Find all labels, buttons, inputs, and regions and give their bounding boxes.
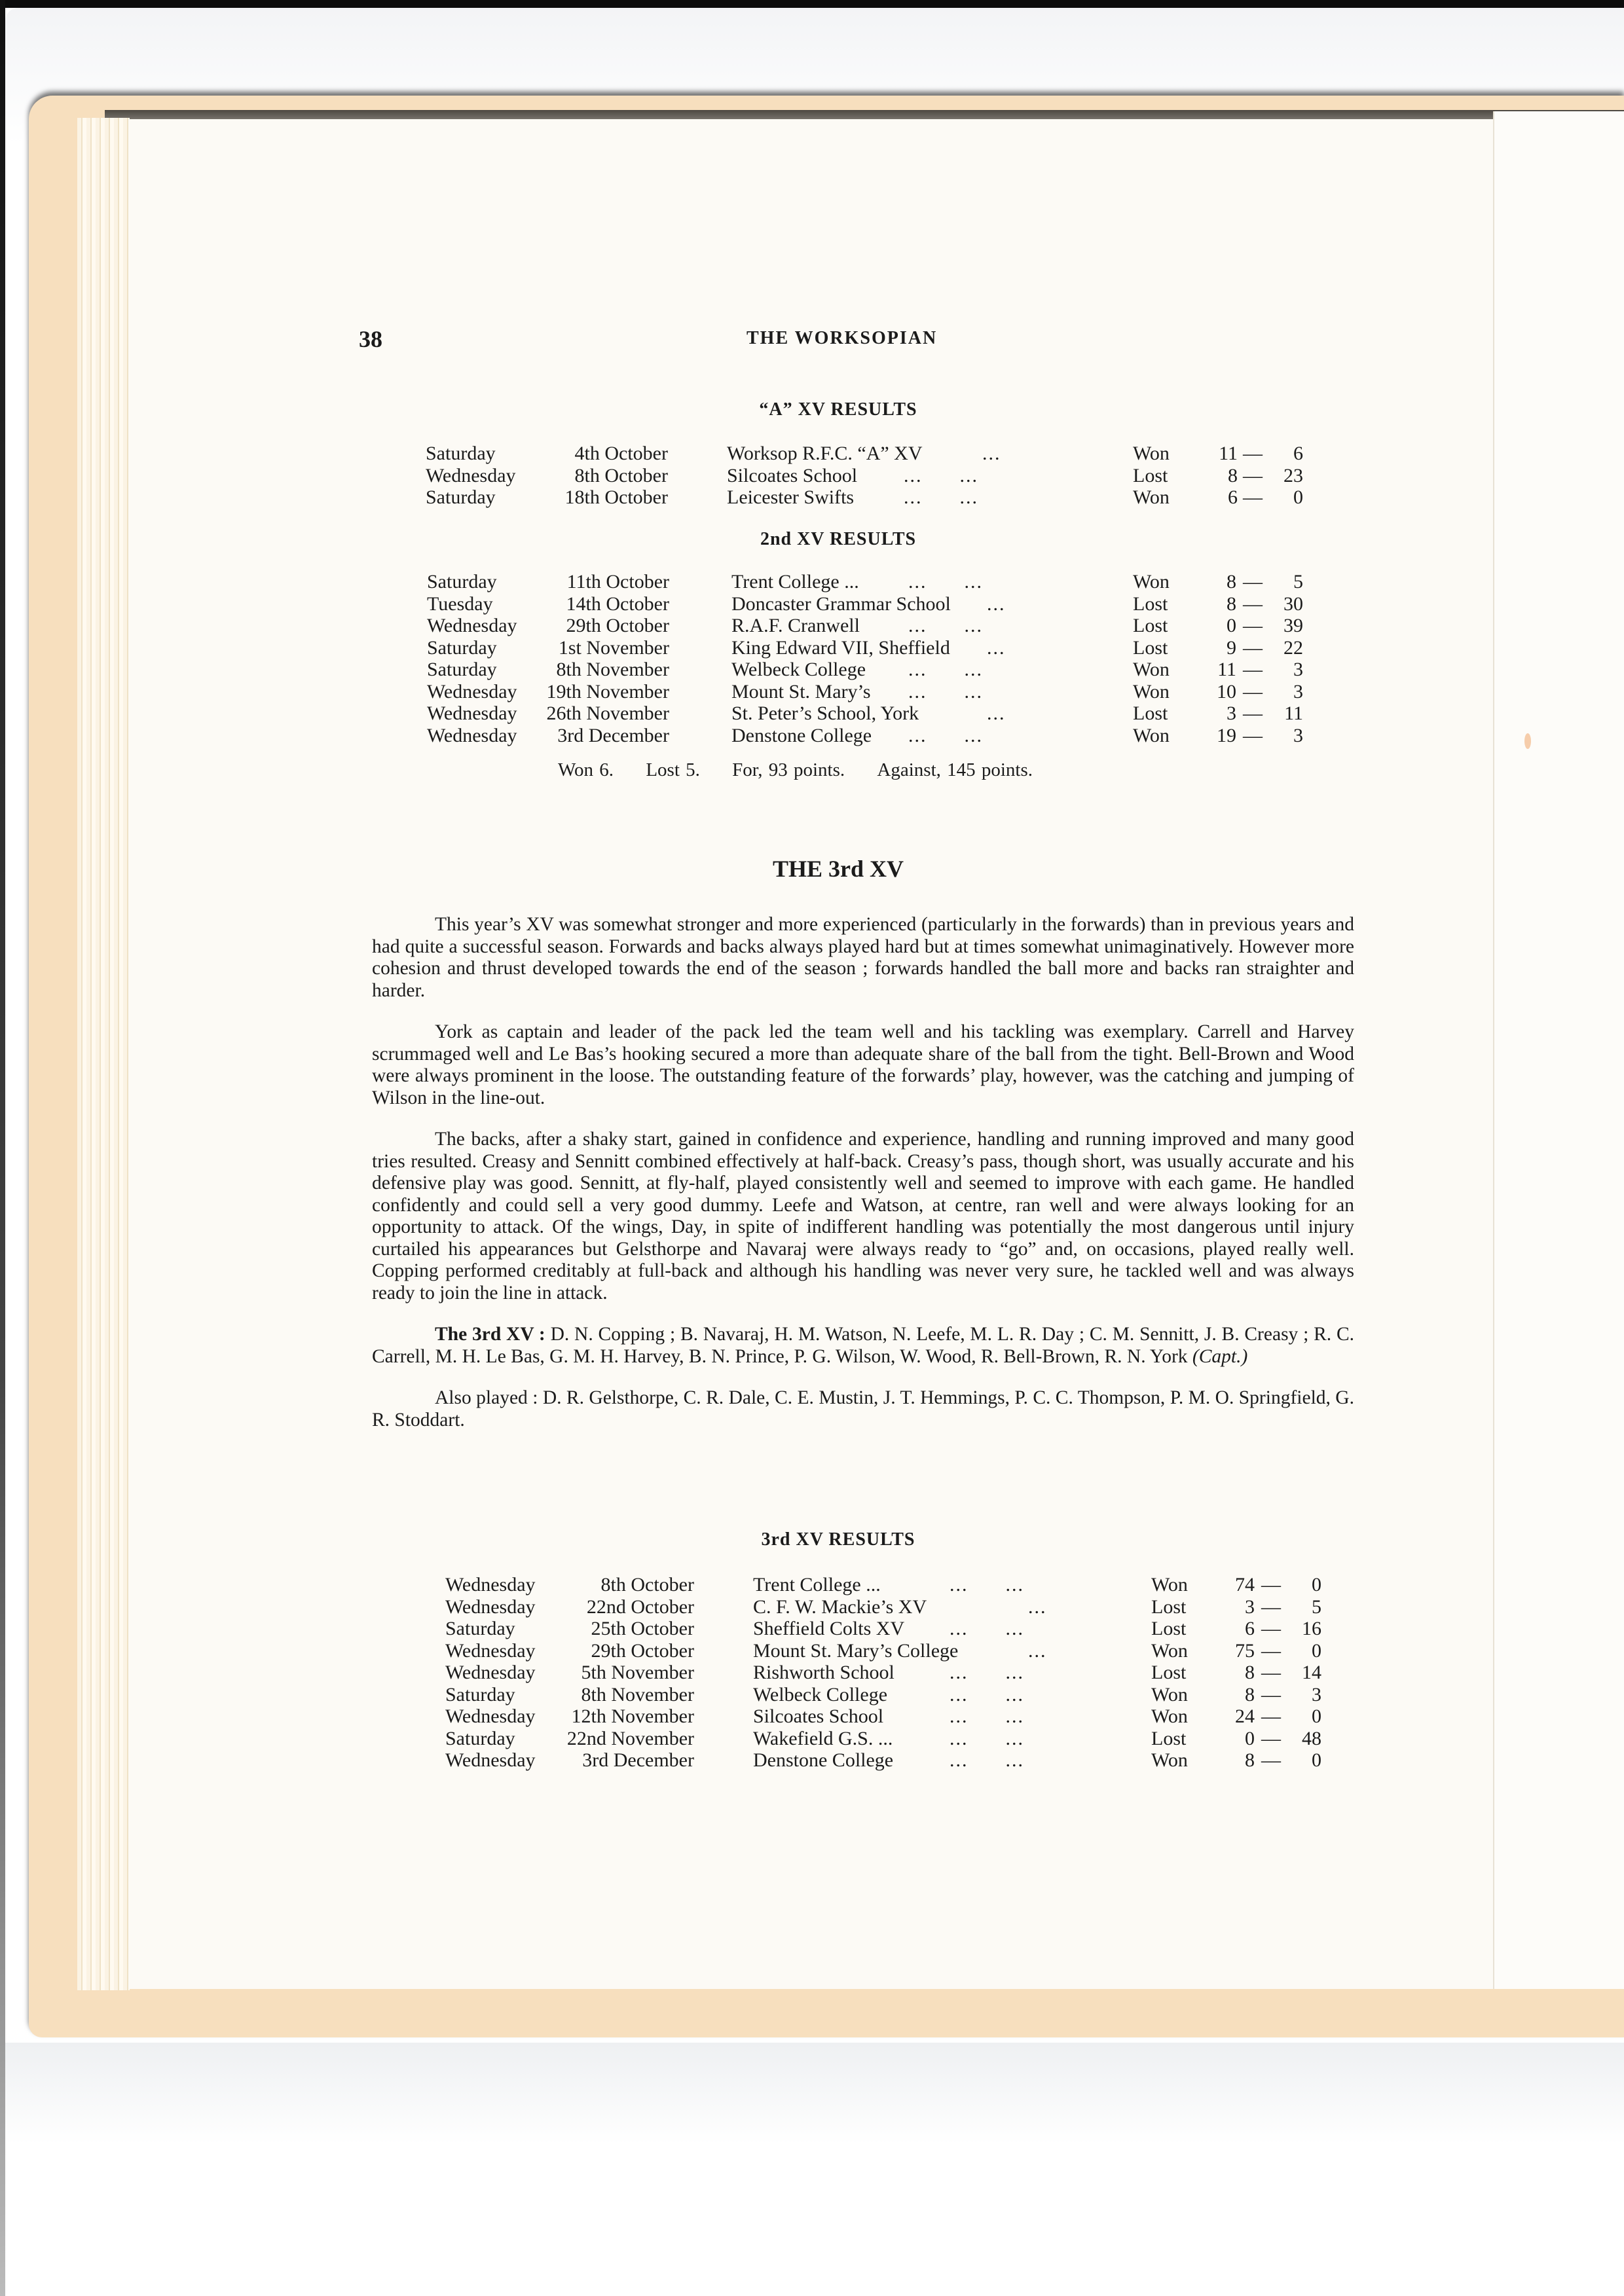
- score-separator: —: [1261, 1574, 1281, 1596]
- score-for: 8: [1222, 1662, 1255, 1684]
- page-content: 38 THE WORKSOPIAN “A” XV RESULTS Saturda…: [0, 0, 1624, 2296]
- opponent: Silcoates School: [727, 465, 857, 487]
- match-date: 29th October: [506, 615, 669, 637]
- score-separator: —: [1243, 465, 1263, 487]
- team-list-label: The 3rd XV :: [435, 1324, 545, 1345]
- page-number: 38: [359, 325, 382, 353]
- match-day: Wednesday: [427, 702, 517, 725]
- match-date: 12th November: [524, 1705, 694, 1728]
- match-result: Lost: [1151, 1596, 1186, 1618]
- third-xv-report-body: This year’s XV was somewhat stronger and…: [372, 914, 1354, 1451]
- leader-dots: ...: [982, 443, 1001, 465]
- match-result: Lost: [1133, 702, 1168, 725]
- captain-mark: (Capt.): [1192, 1346, 1247, 1367]
- score-against: 5: [1289, 1596, 1321, 1618]
- leader-dots: ... ...: [908, 571, 983, 593]
- score-separator: —: [1261, 1749, 1281, 1772]
- leader-dots: ... ...: [950, 1574, 1024, 1596]
- score-for: 24: [1222, 1705, 1255, 1728]
- match-day: Wednesday: [445, 1749, 536, 1772]
- score-against: 48: [1289, 1728, 1321, 1750]
- match-day: Saturday: [445, 1684, 515, 1706]
- score-for: 6: [1205, 486, 1238, 509]
- score-for: 8: [1222, 1684, 1255, 1706]
- score-for: 8: [1205, 465, 1238, 487]
- match-day: Wednesday: [445, 1640, 536, 1662]
- opponent: Wakefield G.S. ...: [753, 1728, 893, 1750]
- score-separator: —: [1243, 443, 1263, 465]
- score-against: 3: [1289, 1684, 1321, 1706]
- score-for: 8: [1204, 593, 1236, 615]
- score-separator: —: [1261, 1705, 1281, 1728]
- score-against: 0: [1289, 1640, 1321, 1662]
- score-separator: —: [1243, 615, 1263, 637]
- match-day: Wednesday: [426, 465, 516, 487]
- match-result: Lost: [1151, 1662, 1186, 1684]
- score-separator: —: [1243, 725, 1263, 747]
- score-against: 0: [1270, 486, 1303, 509]
- leader-dots: ... ...: [908, 659, 983, 681]
- score-for: 8: [1204, 571, 1236, 593]
- third-xv-results-heading: 3rd XV RESULTS: [0, 1529, 1624, 1550]
- opponent: Leicester Swifts: [727, 486, 854, 509]
- match-date: 19th November: [506, 681, 669, 703]
- second-xv-season-summary: Won 6. Lost 5. For, 93 points. Against, …: [558, 759, 1059, 781]
- leader-dots: ... ...: [908, 725, 983, 747]
- score-for: 75: [1222, 1640, 1255, 1662]
- report-paragraph-overview: This year’s XV was somewhat stronger and…: [372, 914, 1354, 1002]
- score-separator: —: [1261, 1662, 1281, 1684]
- leader-dots: ... ...: [908, 681, 983, 703]
- match-date: 29th October: [524, 1640, 694, 1662]
- team-list-paragraph: The 3rd XV : D. N. Copping ; B. Navaraj,…: [372, 1324, 1354, 1368]
- match-result: Won: [1133, 681, 1170, 703]
- match-date: 26th November: [506, 702, 669, 725]
- score-separator: —: [1243, 659, 1263, 681]
- a-xv-results-heading: “A” XV RESULTS: [0, 399, 1624, 420]
- leader-dots: ...: [1028, 1640, 1047, 1662]
- leader-dots: ... ...: [950, 1684, 1024, 1706]
- match-result: Lost: [1133, 465, 1168, 487]
- score-for: 3: [1222, 1596, 1255, 1618]
- leader-dots: ... ...: [904, 465, 978, 487]
- match-day: Wednesday: [427, 681, 517, 703]
- opponent: Welbeck College: [753, 1684, 887, 1706]
- leader-dots: ... ...: [950, 1705, 1024, 1728]
- score-against: 3: [1270, 681, 1303, 703]
- third-xv-report-title: THE 3rd XV: [0, 855, 1624, 883]
- match-result: Won: [1133, 486, 1170, 509]
- match-date: 5th November: [524, 1662, 694, 1684]
- opponent: Denstone College: [753, 1749, 893, 1772]
- match-date: 22nd November: [524, 1728, 694, 1750]
- opponent: Welbeck College: [731, 659, 866, 681]
- score-against: 39: [1270, 615, 1303, 637]
- leader-dots: ...: [987, 593, 1006, 615]
- score-against: 0: [1289, 1705, 1321, 1728]
- match-date: 3rd December: [506, 725, 669, 747]
- opponent: Worksop R.F.C. “A” XV: [727, 443, 923, 465]
- score-against: 22: [1270, 637, 1303, 659]
- score-separator: —: [1261, 1618, 1281, 1640]
- match-day: Wednesday: [445, 1705, 536, 1728]
- score-against: 6: [1270, 443, 1303, 465]
- match-date: 18th October: [504, 486, 668, 509]
- score-for: 74: [1222, 1574, 1255, 1596]
- opponent: C. F. W. Mackie’s XV: [753, 1596, 927, 1618]
- report-paragraph-backs: The backs, after a shaky start, gained i…: [372, 1129, 1354, 1304]
- score-separator: —: [1261, 1640, 1281, 1662]
- score-separator: —: [1243, 593, 1263, 615]
- match-date: 4th October: [504, 443, 668, 465]
- match-result: Won: [1151, 1640, 1188, 1662]
- match-day: Wednesday: [427, 615, 517, 637]
- match-result: Won: [1133, 443, 1170, 465]
- match-result: Won: [1151, 1705, 1188, 1728]
- score-separator: —: [1243, 637, 1263, 659]
- opponent: Silcoates School: [753, 1705, 883, 1728]
- score-against: 30: [1270, 593, 1303, 615]
- report-paragraph-forwards: York as captain and leader of the pack l…: [372, 1021, 1354, 1109]
- score-against: 0: [1289, 1574, 1321, 1596]
- opponent: Denstone College: [731, 725, 872, 747]
- score-for: 0: [1222, 1728, 1255, 1750]
- summary-lost: Lost 5.: [646, 759, 700, 781]
- match-date: 1st November: [506, 637, 669, 659]
- match-result: Lost: [1133, 593, 1168, 615]
- match-date: 14th October: [506, 593, 669, 615]
- also-played-label: Also played :: [435, 1387, 538, 1408]
- opponent: St. Peter’s School, York: [731, 702, 919, 725]
- leader-dots: ... ...: [950, 1618, 1024, 1640]
- also-played-paragraph: Also played : D. R. Gelsthorpe, C. R. Da…: [372, 1387, 1354, 1431]
- opponent: Sheffield Colts XV: [753, 1618, 904, 1640]
- opponent: Mount St. Mary’s College: [753, 1640, 958, 1662]
- match-day: Tuesday: [427, 593, 493, 615]
- match-day: Wednesday: [445, 1596, 536, 1618]
- score-for: 19: [1204, 725, 1236, 747]
- score-separator: —: [1261, 1684, 1281, 1706]
- score-for: 9: [1204, 637, 1236, 659]
- match-result: Won: [1151, 1574, 1188, 1596]
- match-day: Saturday: [426, 443, 496, 465]
- opponent: R.A.F. Cranwell: [731, 615, 860, 637]
- score-separator: —: [1243, 702, 1263, 725]
- score-against: 14: [1289, 1662, 1321, 1684]
- score-separator: —: [1243, 681, 1263, 703]
- score-for: 11: [1205, 443, 1238, 465]
- match-result: Won: [1133, 659, 1170, 681]
- match-date: 8th November: [524, 1684, 694, 1706]
- leader-dots: ... ...: [908, 615, 983, 637]
- match-result: Won: [1151, 1749, 1188, 1772]
- match-date: 25th October: [524, 1618, 694, 1640]
- match-day: Saturday: [427, 571, 497, 593]
- score-separator: —: [1261, 1596, 1281, 1618]
- match-date: 8th November: [506, 659, 669, 681]
- leader-dots: ... ...: [904, 486, 978, 509]
- score-separator: —: [1243, 486, 1263, 509]
- leader-dots: ...: [987, 637, 1006, 659]
- score-against: 3: [1270, 725, 1303, 747]
- match-day: Saturday: [426, 486, 496, 509]
- match-date: 3rd December: [524, 1749, 694, 1772]
- opponent: Rishworth School: [753, 1662, 895, 1684]
- score-against: 11: [1270, 702, 1303, 725]
- match-date: 22nd October: [524, 1596, 694, 1618]
- match-result: Won: [1151, 1684, 1188, 1706]
- score-against: 3: [1270, 659, 1303, 681]
- summary-won: Won 6.: [558, 759, 614, 781]
- score-for: 0: [1204, 615, 1236, 637]
- match-result: Lost: [1151, 1728, 1186, 1750]
- opponent: King Edward VII, Sheffield: [731, 637, 950, 659]
- score-against: 16: [1289, 1618, 1321, 1640]
- leader-dots: ... ...: [950, 1662, 1024, 1684]
- leader-dots: ... ...: [950, 1728, 1024, 1750]
- score-for: 6: [1222, 1618, 1255, 1640]
- score-for: 3: [1204, 702, 1236, 725]
- match-day: Wednesday: [427, 725, 517, 747]
- summary-points-against: Against, 145 points.: [877, 759, 1033, 781]
- match-date: 8th October: [504, 465, 668, 487]
- score-against: 0: [1289, 1749, 1321, 1772]
- score-separator: —: [1243, 571, 1263, 593]
- leader-dots: ...: [1028, 1596, 1047, 1618]
- match-result: Won: [1133, 571, 1170, 593]
- match-day: Saturday: [427, 637, 497, 659]
- match-result: Lost: [1133, 615, 1168, 637]
- leader-dots: ... ...: [950, 1749, 1024, 1772]
- match-date: 8th October: [524, 1574, 694, 1596]
- match-date: 11th October: [506, 571, 669, 593]
- match-day: Saturday: [445, 1618, 515, 1640]
- score-against: 5: [1270, 571, 1303, 593]
- opponent: Trent College ...: [731, 571, 859, 593]
- match-day: Wednesday: [445, 1574, 536, 1596]
- match-result: Lost: [1133, 637, 1168, 659]
- score-for: 8: [1222, 1749, 1255, 1772]
- score-for: 10: [1204, 681, 1236, 703]
- summary-points-for: For, 93 points.: [732, 759, 845, 781]
- journal-title: THE WORKSOPIAN: [747, 328, 937, 349]
- match-day: Wednesday: [445, 1662, 536, 1684]
- score-for: 11: [1204, 659, 1236, 681]
- score-against: 23: [1270, 465, 1303, 487]
- second-xv-results-heading: 2nd XV RESULTS: [0, 529, 1624, 550]
- score-separator: —: [1261, 1728, 1281, 1750]
- leader-dots: ...: [987, 702, 1006, 725]
- match-day: Saturday: [445, 1728, 515, 1750]
- match-day: Saturday: [427, 659, 497, 681]
- match-result: Lost: [1151, 1618, 1186, 1640]
- opponent: Mount St. Mary’s: [731, 681, 871, 703]
- opponent: Doncaster Grammar School: [731, 593, 951, 615]
- match-result: Won: [1133, 725, 1170, 747]
- opponent: Trent College ...: [753, 1574, 881, 1596]
